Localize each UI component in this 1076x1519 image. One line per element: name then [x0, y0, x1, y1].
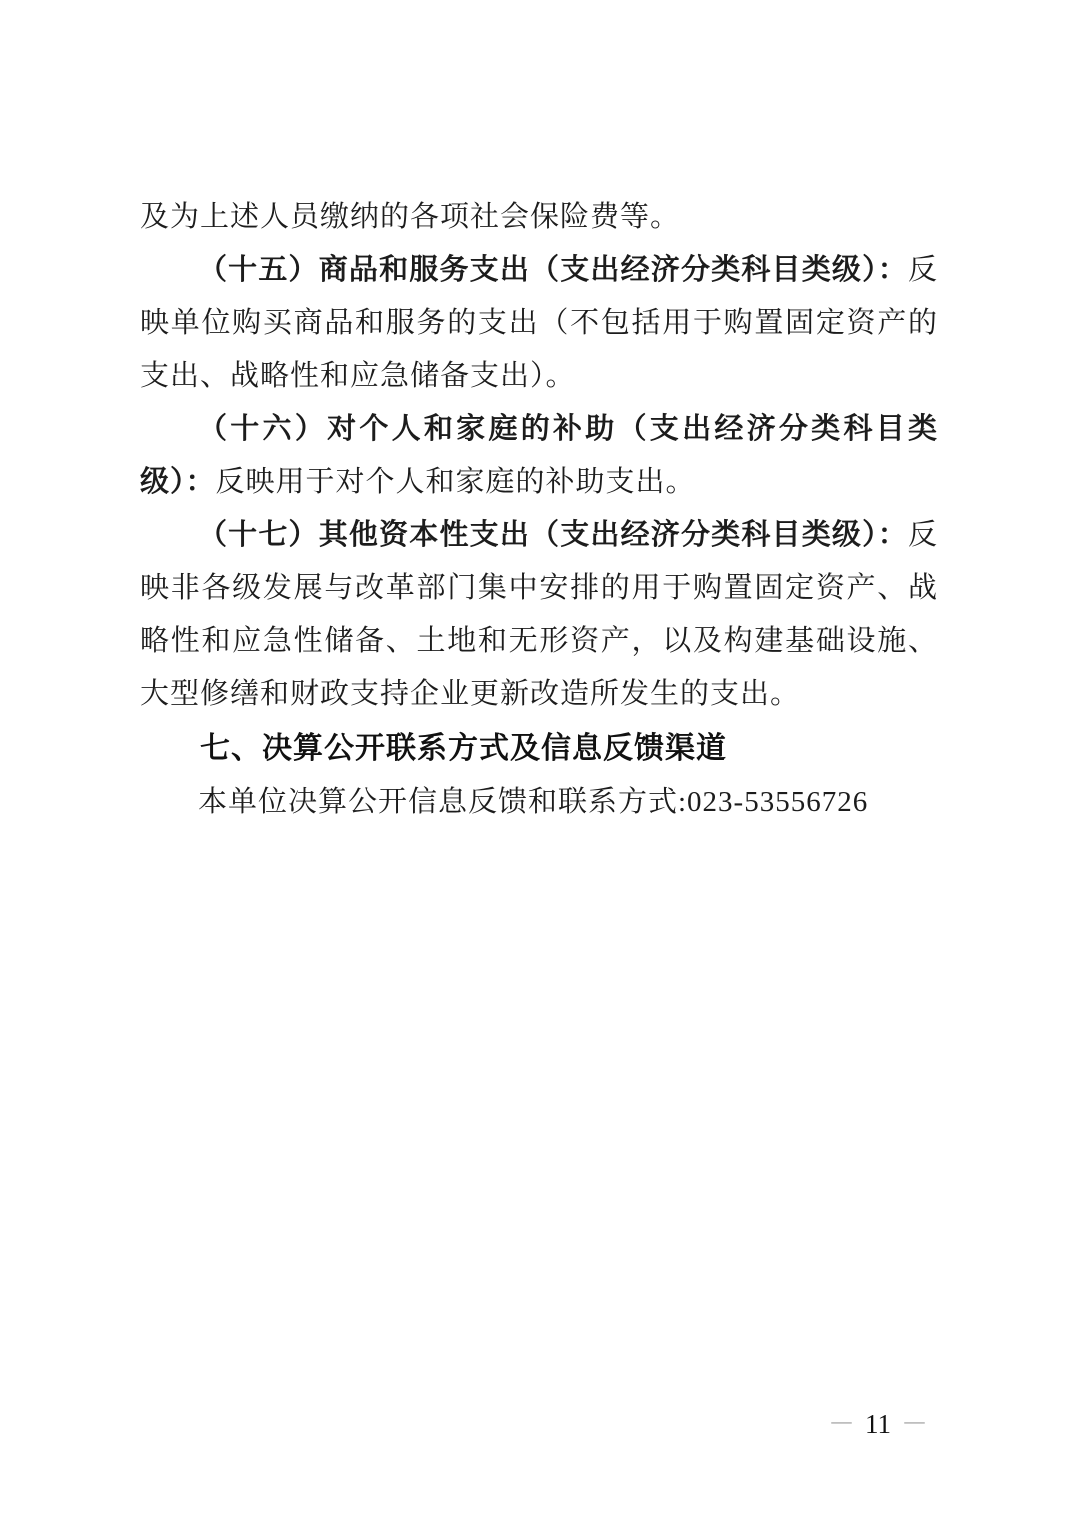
paragraph-carryover: 及为上述人员缴纳的各项社会保险费等。 [140, 191, 938, 244]
footer-dash-left: － [828, 1409, 855, 1439]
contact-text: 本单位决算公开信息反馈和联系方式:023-53556726 [198, 786, 868, 818]
item15-label: （十五）商品和服务支出（支出经济分类科目类级）： [198, 254, 908, 286]
section7-heading: 七、决算公开联系方式及信息反馈渠道 [140, 721, 938, 776]
document-body: 及为上述人员缴纳的各项社会保险费等。 （十五）商品和服务支出（支出经济分类科目类… [140, 191, 938, 829]
page-number: 11 [865, 1409, 891, 1439]
document-page: 及为上述人员缴纳的各项社会保险费等。 （十五）商品和服务支出（支出经济分类科目类… [0, 0, 1076, 1519]
item16-text: 反映用于对个人和家庭的补助支出。 [216, 466, 696, 498]
footer-dash-right: － [901, 1409, 928, 1439]
paragraph-item15: （十五）商品和服务支出（支出经济分类科目类级）：反映单位购买商品和服务的支出（不… [140, 244, 938, 403]
item17-label: （十七）其他资本性支出（支出经济分类科目类级）： [198, 519, 908, 551]
paragraph-contact: 本单位决算公开信息反馈和联系方式:023-53556726 [140, 776, 938, 829]
page-footer: －11－ [818, 1408, 938, 1440]
paragraph-carryover-text: 及为上述人员缴纳的各项社会保险费等。 [140, 201, 680, 233]
paragraph-item16: （十六）对个人和家庭的补助（支出经济分类科目类级）：反映用于对个人和家庭的补助支… [140, 403, 938, 509]
paragraph-item17: （十七）其他资本性支出（支出经济分类科目类级）：反映非各级发展与改革部门集中安排… [140, 509, 938, 721]
